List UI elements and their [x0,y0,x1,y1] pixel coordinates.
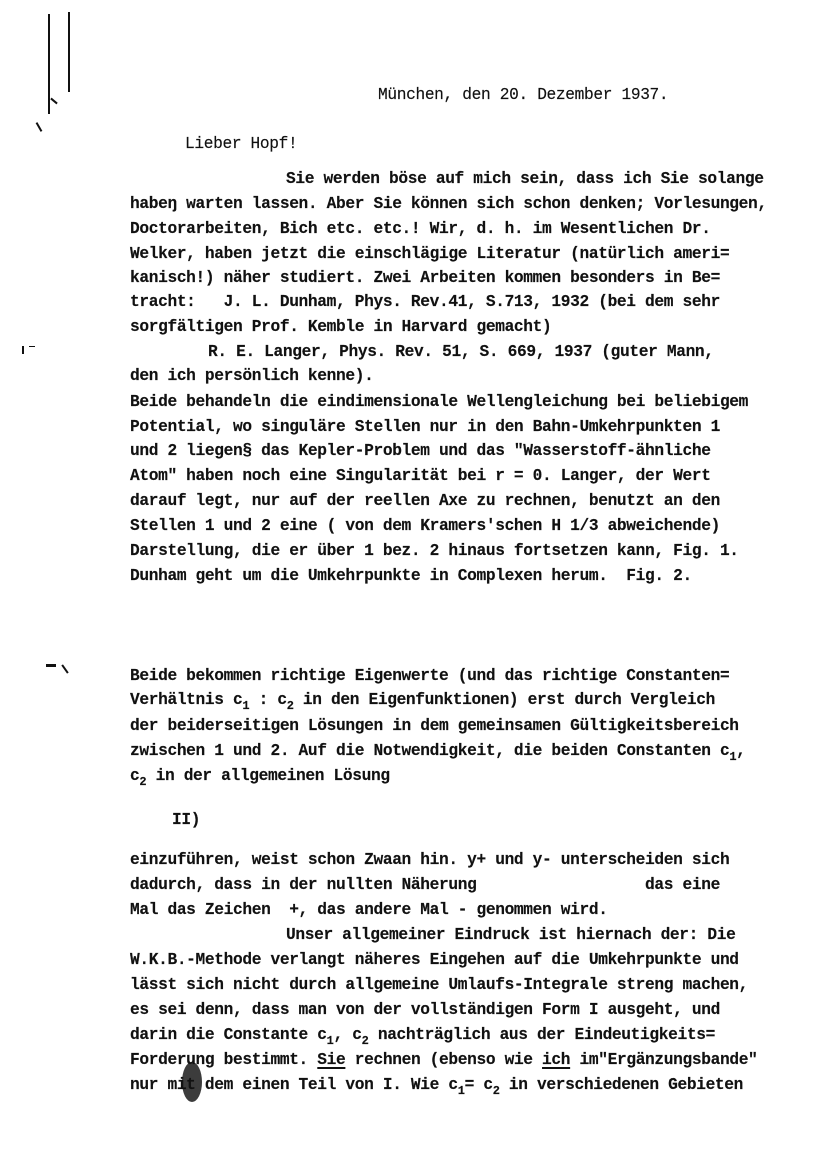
margin-mark-top-left-3 [50,98,57,105]
equation-label: II) [172,810,200,830]
margin-mark-lower-left [46,664,56,667]
margin-mark-lower-left-2 [61,664,68,673]
body-line: lässt sich nicht durch allgemeine Umlauf… [130,975,748,995]
body-line: und 2 liegen§ das Kepler-Problem und das… [130,441,711,461]
body-line-ratio: Verhältnis c1 : c2 in den Eigenfunktione… [130,690,715,710]
body-line: einzuführen, weist schon Zwaan hin. y+ u… [130,850,729,870]
body-line: Darstellung, die er über 1 bez. 2 hinaus… [130,541,739,561]
body-line: Mal das Zeichen +, das andere Mal - geno… [130,900,608,920]
body-line: R. E. Langer, Phys. Rev. 51, S. 669, 193… [208,342,714,362]
body-line-last: nur mit dem einen Teil von I. Wie c1= c2… [130,1075,743,1095]
body-line-underlined: Forderung bestimmt. Sie rechnen (ebenso … [130,1050,757,1070]
body-line: Doctorarbeiten, Bich etc. etc.! Wir, d. … [130,219,711,239]
margin-mark-mid-left-2 [29,346,35,347]
body-line: es sei denn, dass man von der vollständi… [130,1000,720,1020]
margin-mark-top-left-2 [68,12,70,92]
body-line: Sie werden böse auf mich sein, dass ich … [286,169,764,189]
body-line: tracht: J. L. Dunham, Phys. Rev.41, S.71… [130,292,720,312]
body-line: dadurch, dass in der nullten Näherung da… [130,875,720,895]
body-line: Welker, haben jetzt die einschlägige Lit… [130,244,729,264]
body-line: den ich persönlich kenne). [130,366,373,386]
body-line: sorgfältigen Prof. Kemble in Harvard gem… [130,317,551,337]
body-line: der beiderseitigen Lösungen in dem gemei… [130,716,739,736]
margin-mark-tick [36,122,43,132]
body-line: Dunham geht um die Umkehrpunkte in Compl… [130,566,692,586]
body-line: habeŋ warten lassen. Aber Sie können sic… [130,194,767,214]
margin-mark-mid-left [22,346,24,354]
body-line: darauf legt, nur auf der reellen Axe zu … [130,491,720,511]
date-line: München, den 20. Dezember 1937. [378,85,668,105]
body-line: Beide behandeln die eindimensionale Well… [130,392,748,412]
body-line: Stellen 1 und 2 eine ( von dem Kramers's… [130,516,720,536]
body-line-constants: zwischen 1 und 2. Auf die Notwendigkeit,… [130,741,746,761]
letter-page: München, den 20. Dezember 1937. Lieber H… [0,0,837,1169]
body-line-solution: c2 in der allgemeinen Lösung [130,766,390,786]
body-line: Atom" haben noch eine Singularität bei r… [130,466,711,486]
body-line: Potential, wo singuläre Stellen nur in d… [130,417,720,437]
body-line: kanisch!) näher studiert. Zwei Arbeiten … [130,268,720,288]
body-line: Beide bekommen richtige Eigenwerte (und … [130,666,729,686]
body-line-constant: darin die Constante c1, c2 nachträglich … [130,1025,715,1045]
body-line: W.K.B.-Methode verlangt näheres Eingehen… [130,950,739,970]
underlined-word-ich: ich [542,1051,570,1069]
underlined-word-sie: Sie [317,1051,345,1069]
salutation: Lieber Hopf! [185,134,297,154]
body-line: Unser allgemeiner Eindruck ist hiernach … [286,925,735,945]
